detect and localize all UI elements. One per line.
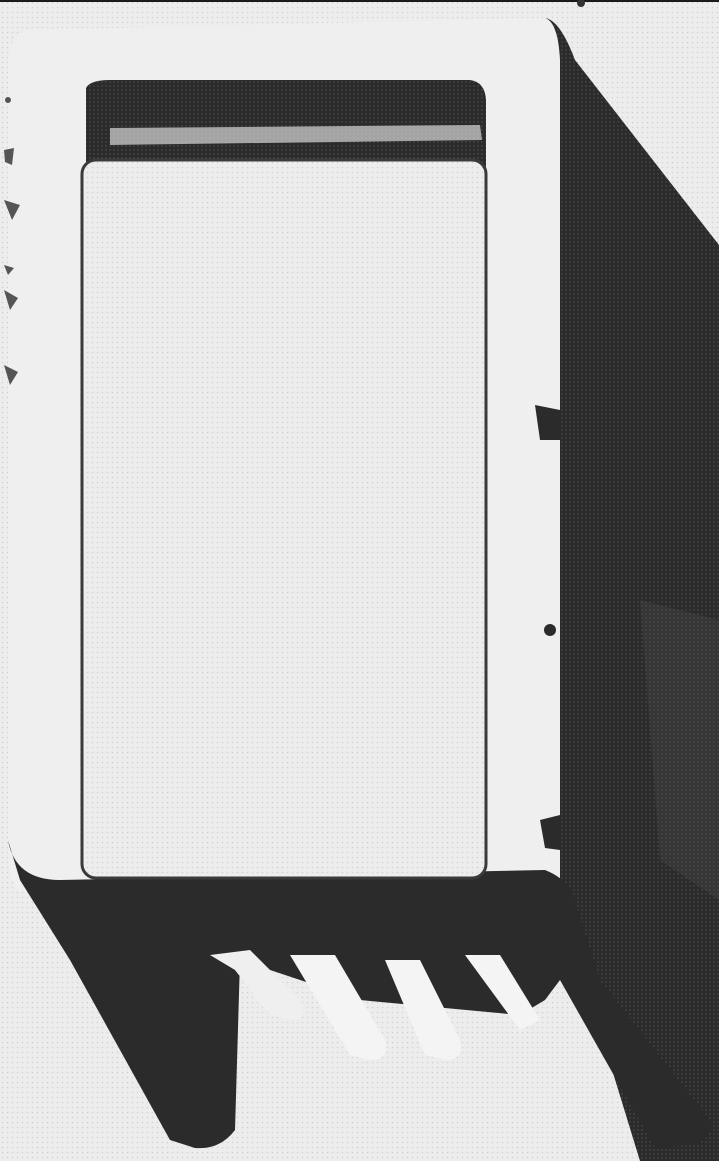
recessed-panel xyxy=(82,160,486,878)
scanned-illustration xyxy=(0,0,719,1161)
cabinet-illustration xyxy=(0,0,719,1161)
